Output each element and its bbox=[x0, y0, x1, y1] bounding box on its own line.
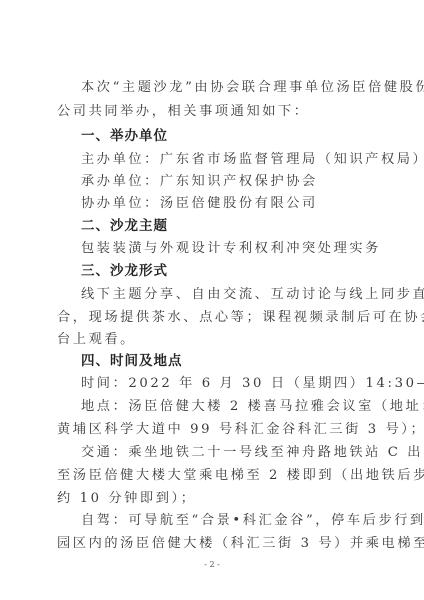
intro-line-2: 公司共同举办，相关事项通知如下： bbox=[57, 100, 310, 119]
theme-text: 包装装潢与外观设计专利权利冲突处理实务 bbox=[81, 237, 381, 256]
location-line-2: 黄埔区科学大道中 99 号科汇金谷科汇三街 3 号）； bbox=[57, 418, 424, 437]
section-heading-time-location: 四、时间及地点 bbox=[81, 349, 183, 369]
intro-line-1: 本次“主题沙龙”由协会联合理事单位汤臣倍健股份有限 bbox=[81, 76, 424, 95]
section-heading-theme: 二、沙龙主题 bbox=[81, 214, 168, 234]
format-line-1: 线下主题分享、自由交流、互动讨论与线上同步直播相结 bbox=[81, 283, 424, 302]
section-heading-organizers: 一、举办单位 bbox=[81, 124, 168, 144]
time-line: 时间：2022 年 6 月 30 日（星期四）14:30—17:00； bbox=[81, 372, 424, 391]
driving-line-1: 自驾：可导航至“合景•科汇金谷”，停车后步行到位于 bbox=[81, 509, 424, 528]
format-line-2: 合，现场提供茶水、点心等；课程视频录制后可在协会指定平 bbox=[57, 306, 424, 325]
host-unit: 主办单位：广东省市场监督管理局（知识产权局） bbox=[81, 148, 424, 167]
page-number: - 2 - bbox=[0, 560, 424, 569]
section-heading-format: 三、沙龙形式 bbox=[81, 259, 168, 279]
format-line-3: 台上观看。 bbox=[57, 328, 136, 347]
location-line-1: 地点：汤臣倍健大楼 2 楼喜马拉雅会议室（地址：广州市 bbox=[81, 395, 424, 414]
transit-line-2: 至汤臣倍健大楼大堂乘电梯至 2 楼即到（出地铁后步行 700 米 bbox=[57, 464, 424, 483]
co-organizer-unit: 协办单位：汤臣倍健股份有限公司 bbox=[81, 192, 318, 211]
transit-line-3: 约 10 分钟即到）； bbox=[57, 487, 196, 506]
transit-line-1: 交通：乘坐地铁二十一号线至神舟路地铁站 C 出口，步行 bbox=[81, 441, 424, 460]
driving-line-2: 园区内的汤臣倍健大楼（科汇三街 3 号）并乘电梯至 2 楼即到 bbox=[57, 532, 424, 551]
organizer-unit: 承办单位：广东知识产权保护协会 bbox=[81, 170, 318, 189]
document-page: 本次“主题沙龙”由协会联合理事单位汤臣倍健股份有限 公司共同举办，相关事项通知如… bbox=[0, 0, 424, 600]
